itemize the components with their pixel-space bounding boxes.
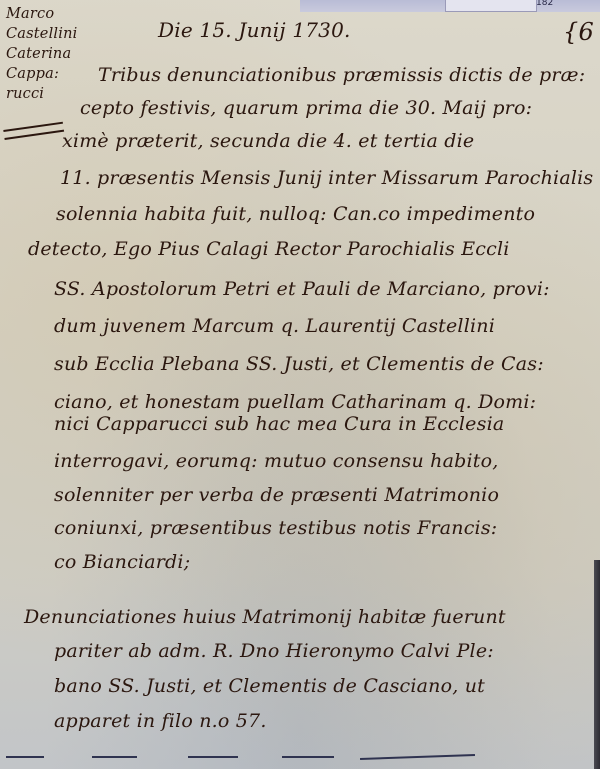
entry-line: detecto, Ego Pius Calagi Rector Parochia… xyxy=(28,238,510,260)
entry-line: solenniter per verba de præsenti Matrimo… xyxy=(54,484,499,506)
margin-note-names: Marco Castellini Caterina Cappa: rucci xyxy=(6,4,96,104)
entry-line: interrogavi, eorumq: mutuo consensu habi… xyxy=(54,450,499,472)
entry-line: nici Capparucci sub hac mea Cura in Eccl… xyxy=(54,413,504,435)
margin-note-line: Castellini xyxy=(6,24,96,44)
register-page: 182 Marco Castellini Caterina Cappa: ruc… xyxy=(0,0,600,769)
date-heading: Die 15. Junij 1730. xyxy=(158,18,351,42)
entry-line: dum juvenem Marcum q. Laurentij Castelli… xyxy=(54,315,495,337)
entry-line: Tribus denunciationibus præmissis dictis… xyxy=(98,64,585,86)
note-line: bano SS. Justi, et Clementis de Casciano… xyxy=(54,675,485,697)
folio-number: {6 xyxy=(563,18,594,46)
margin-note-line: Cappa: xyxy=(6,64,96,84)
entry-line: coniunxi, præsentibus testibus notis Fra… xyxy=(54,517,497,539)
closing-rule xyxy=(92,756,137,758)
note-line: Denunciationes huius Matrimonij habitæ f… xyxy=(24,606,506,628)
entry-line: co Bianciardi; xyxy=(54,551,190,573)
index-tab xyxy=(445,0,537,12)
margin-note-line: Marco xyxy=(6,4,96,24)
note-line: pariter ab adm. R. Dno Hieronymo Calvi P… xyxy=(54,640,494,662)
entry-line: ciano, et honestam puellam Catharinam q.… xyxy=(54,391,536,413)
margin-note-line: Caterina xyxy=(6,44,96,64)
closing-rule xyxy=(188,756,238,758)
entry-line: SS. Apostolorum Petri et Pauli de Marcia… xyxy=(54,278,550,300)
note-line: apparet in filo n.o 57. xyxy=(54,710,267,732)
closing-rule xyxy=(360,754,475,760)
closing-rule xyxy=(282,756,334,758)
margin-double-rule xyxy=(3,122,64,140)
index-tab-number: 182 xyxy=(536,0,553,8)
entry-line: ximè præterit, secunda die 4. et tertia … xyxy=(62,130,474,152)
entry-line: cepto festivis, quarum prima die 30. Mai… xyxy=(80,97,532,119)
entry-line: 11. præsentis Mensis Junij inter Missaru… xyxy=(60,167,593,189)
entry-line: sub Ecclia Plebana SS. Justi, et Clement… xyxy=(54,353,544,375)
closing-rule xyxy=(6,756,44,758)
page-edge-shadow xyxy=(594,560,600,769)
entry-line: solennia habita fuit, nulloq: Can.co imp… xyxy=(56,203,535,225)
